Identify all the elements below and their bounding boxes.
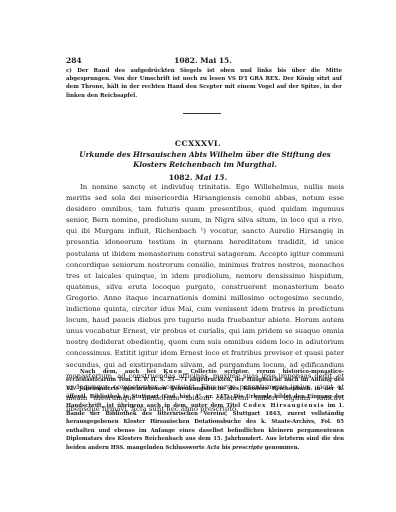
author-name: Kuen — [163, 369, 183, 375]
source-note: Nach dem, auch bei Kuen Collectio script… — [66, 368, 344, 452]
document-number: CCXXXVI. — [0, 139, 396, 148]
document-title: Urkunde des Hirsauischen Abts Wilhelm üb… — [66, 150, 344, 169]
footnote-c: c) Der Rand des aufgedrückten Siegels is… — [66, 67, 342, 100]
document-page: 284 1082. Mai 15. c) Der Rand des aufged… — [0, 0, 396, 512]
document-date-day: Mai 15. — [195, 173, 227, 182]
previous-document-footnote: c) Der Rand des aufgedrückten Siegels is… — [66, 67, 342, 100]
editorial-notes: Nach dem, auch bei Kuen Collectio script… — [66, 368, 344, 452]
document-date-year: 1082. — [169, 173, 193, 182]
section-divider — [183, 113, 221, 114]
running-head: 284 1082. Mai 15. — [66, 56, 340, 66]
document-date: 1082. Mai 15. — [0, 173, 396, 182]
codex-title: Codex Hirsaugiensis — [243, 403, 324, 409]
running-head-date: 1082. Mai 15. — [66, 56, 340, 65]
